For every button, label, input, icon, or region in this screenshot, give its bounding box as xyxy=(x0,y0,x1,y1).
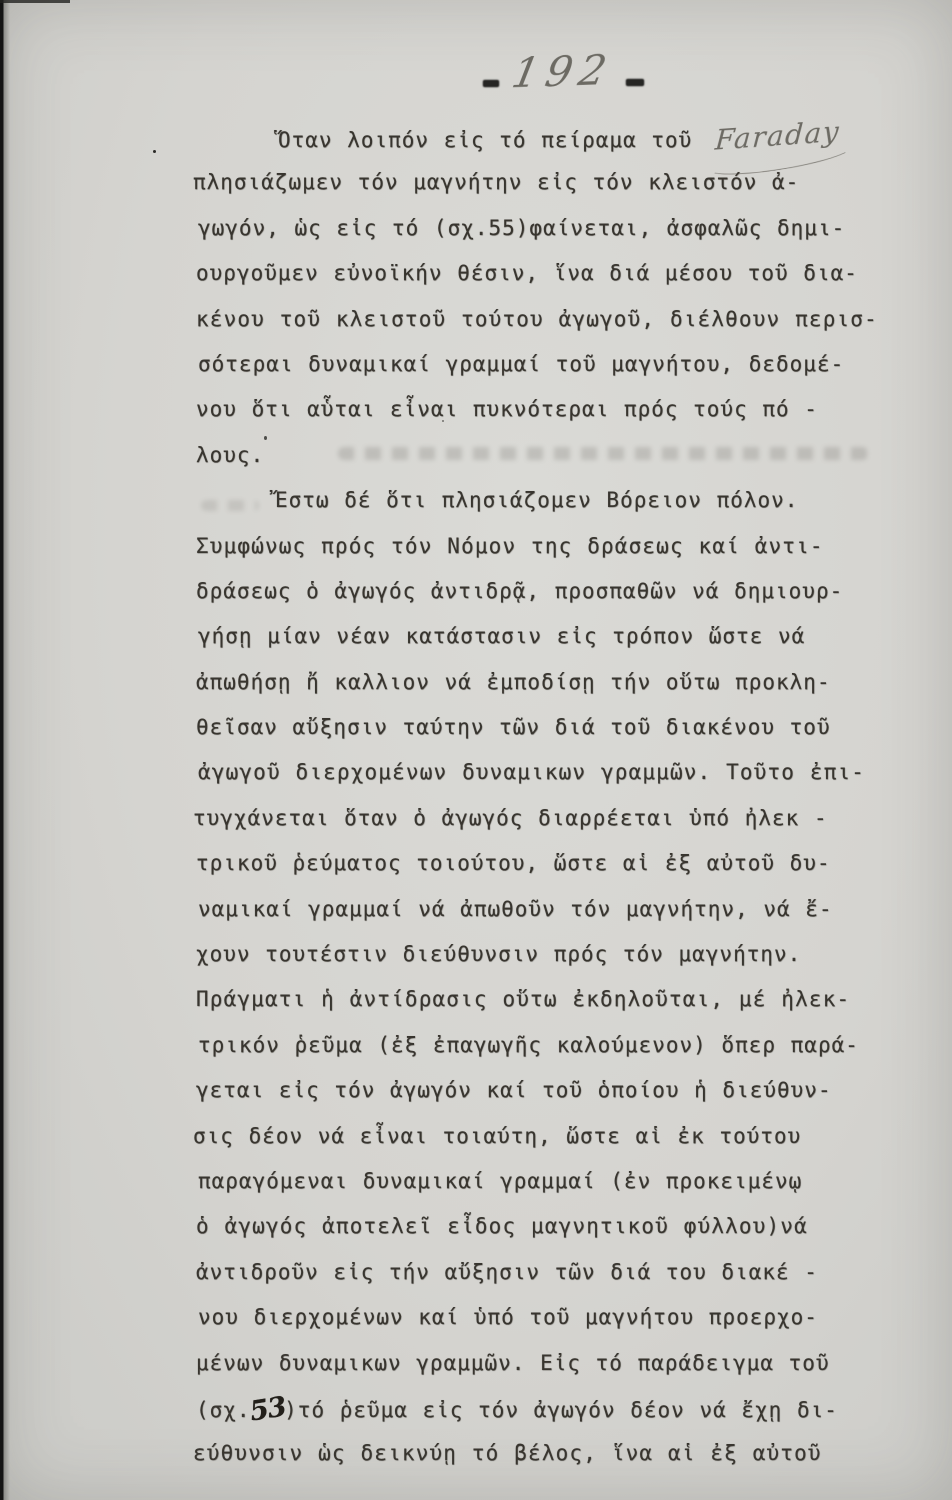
typed-text: σις δέον νά εἶναι τοιαύτη, ὥστε αἱ ἐκ το… xyxy=(193,1124,801,1148)
text-line: σις δέον νά εἶναι τοιαύτη, ὥστε αἱ ἐκ το… xyxy=(193,1114,869,1159)
typed-text: (σχ. xyxy=(196,1398,251,1422)
text-line: Ἔστω δέ ὅτι πλησιάζομεν Βόρειον πόλον. xyxy=(193,478,869,523)
typed-text: Συμφώνως πρός τόν Νόμον της δράσεως καί … xyxy=(196,534,824,558)
typed-text: γεται εἰς τόν ἀγωγόν καί τοῦ ὁποίου ἡ δι… xyxy=(196,1078,832,1102)
typed-text: ὁ ἀγωγός ἀποτελεῖ εἶδος μαγνητικοῦ φύλλο… xyxy=(196,1214,808,1238)
typed-text: νου ὅτι αὗται εἶναι πυκνότεραι πρός τούς… xyxy=(196,397,818,421)
typed-text: Ὅταν λοιπόν εἰς τό πείραμα τοῦ xyxy=(278,128,707,152)
typed-text: Ἔστω δέ ὅτι πλησιάζομεν Βόρειον πόλον. xyxy=(275,488,798,512)
text-line: γωγόν, ὡς εἰς τό (σχ.55)φαίνεται, ἀσφαλῶ… xyxy=(198,206,874,251)
typed-text: εύθυνσιν ὡς δεικνύῃ τό βέλος, ἵνα αἱ ἐξ … xyxy=(193,1441,822,1465)
typed-text: θεῖσαν αὔξησιν ταύτην τῶν διά τοῦ διακέν… xyxy=(196,715,831,739)
typed-text: γήσῃ μίαν νέαν κατάστασιν εἰς τρόπον ὥστ… xyxy=(198,624,805,648)
text-line: σότεραι δυναμικαί γραμμαί τοῦ μαγνήτου, … xyxy=(198,342,874,387)
typed-text: ναμικαί γραμμαί νά ἀπωθοῦν τόν μαγνήτην,… xyxy=(198,897,833,921)
text-line: δράσεως ὁ ἀγωγός ἀντιδρᾷ, προσπαθῶν νά δ… xyxy=(196,569,872,614)
typed-text: νου διερχομένων καί ὑπό τοῦ μαγνήτου προ… xyxy=(198,1305,818,1329)
text-line: γήσῃ μίαν νέαν κατάστασιν εἰς τρόπον ὥστ… xyxy=(198,614,874,659)
typed-text: Πράγματι ἡ ἀντίδρασις οὕτω ἐκδηλοῦται, μ… xyxy=(196,987,850,1011)
typed-text: πλησιάζωμεν τόν μαγνήτην εἰς τόν κλειστό… xyxy=(193,170,799,194)
text-line: (σχ.53)τό ῥεῦμα εἰς τόν ἀγωγόν δέον νά ἔ… xyxy=(196,1386,872,1431)
text-line: λους. xyxy=(196,433,872,478)
text-line: μένων δυναμικων γραμμῶν. Εἰς τό παράδειγ… xyxy=(196,1341,872,1386)
text-line: θεῖσαν αὔξησιν ταύτην τῶν διά τοῦ διακέν… xyxy=(196,705,872,750)
handwritten-annotation: 53 xyxy=(246,1384,288,1434)
typed-text: λους. xyxy=(196,443,264,467)
typed-text: μένων δυναμικων γραμμῶν. Εἰς τό παράδειγ… xyxy=(196,1351,830,1375)
ink-speck xyxy=(153,150,156,153)
text-line: Συμφώνως πρός τόν Νόμον της δράσεως καί … xyxy=(196,524,872,569)
typed-text: ἀπωθήσῃ ἤ καλλιον νά ἐμποδίσῃ τήν οὕτω π… xyxy=(196,670,831,694)
text-line: τρικοῦ ῥεύματος τοιούτου, ὥστε αἱ ἐξ αὐτ… xyxy=(196,841,872,886)
page-header: 192 xyxy=(483,44,644,96)
typed-text: παραγόμεναι δυναμικαί γραμμαί (ἐν προκει… xyxy=(198,1169,802,1193)
typed-text: ουργοῦμεν εὐνοϊκήν θέσιν, ἵνα διά μέσου … xyxy=(196,261,858,285)
text-line: Πράγματι ἡ ἀντίδρασις οὕτω ἐκδηλοῦται, μ… xyxy=(196,977,872,1022)
typed-text: τρικοῦ ῥεύματος τοιούτου, ὥστε αἱ ἐξ αὐτ… xyxy=(196,851,831,875)
typed-text: ἀγωγοῦ διερχομένων δυναμικων γραμμῶν. Το… xyxy=(198,760,865,784)
text-line: Ὅταν λοιπόν εἰς τό πείραμα τοῦ Faraday xyxy=(196,115,872,160)
typed-text: σότεραι δυναμικαί γραμμαί τοῦ μαγνήτου, … xyxy=(198,352,844,376)
text-line: ουργοῦμεν εὐνοϊκήν θέσιν, ἵνα διά μέσου … xyxy=(196,251,872,296)
typed-text: τρικόν ῥεῦμα (ἐξ ἐπαγωγῆς καλούμενον) ὅπ… xyxy=(198,1033,859,1057)
scanned-page: 192 Ὅταν λοιπόν εἰς τό πείραμα τοῦ Farad… xyxy=(0,0,952,1500)
handwritten-annotation: Faraday xyxy=(713,108,841,162)
typed-text: δράσεως ὁ ἀγωγός ἀντιδρᾷ, προσπαθῶν νά δ… xyxy=(196,579,843,603)
text-line: εύθυνσιν ὡς δεικνύῃ τό βέλος, ἵνα αἱ ἐξ … xyxy=(193,1431,869,1476)
text-line: γεται εἰς τόν ἀγωγόν καί τοῦ ὁποίου ἡ δι… xyxy=(196,1068,872,1113)
text-line: τυγχάνεται ὅταν ὁ ἀγωγός διαρρέεται ὑπό … xyxy=(193,796,869,841)
text-line: χουν τουτέστιν διεύθυνσιν πρός τόν μαγνή… xyxy=(196,932,872,977)
text-line: κένου τοῦ κλειστοῦ τούτου ἀγωγοῦ, διέλθο… xyxy=(196,297,872,342)
scan-edge-shadow xyxy=(0,0,10,1500)
typed-text: )τό ῥεῦμα εἰς τόν ἀγωγόν δέον νά ἔχῃ δι- xyxy=(284,1398,838,1422)
typed-text: ἀντιδροῦν εἰς τήν αὔξησιν τῶν διά του δι… xyxy=(196,1260,818,1284)
text-line: ἀντιδροῦν εἰς τήν αὔξησιν τῶν διά του δι… xyxy=(196,1250,872,1295)
text-line: νου διερχομένων καί ὑπό τοῦ μαγνήτου προ… xyxy=(198,1295,874,1340)
text-line: νου ὅτι αὗται εἶναι πυκνότεραι πρός τούς… xyxy=(196,387,872,432)
typed-text: γωγόν, ὡς εἰς τό (σχ.55)φαίνεται, ἀσφαλῶ… xyxy=(198,216,845,240)
text-line: τρικόν ῥεῦμα (ἐξ ἐπαγωγῆς καλούμενον) ὅπ… xyxy=(198,1023,874,1068)
header-dash-right xyxy=(626,79,644,86)
header-dash-left xyxy=(483,80,499,87)
text-line: ναμικαί γραμμαί νά ἀπωθοῦν τόν μαγνήτην,… xyxy=(198,887,874,932)
typewritten-text-block: Ὅταν λοιπόν εἰς τό πείραμα τοῦ Faradayπλ… xyxy=(196,115,872,1477)
text-line: πλησιάζωμεν τόν μαγνήτην εἰς τόν κλειστό… xyxy=(193,160,869,205)
typed-text: κένου τοῦ κλειστοῦ τούτου ἀγωγοῦ, διέλθο… xyxy=(196,307,878,331)
text-line: ἀπωθήσῃ ἤ καλλιον νά ἐμποδίσῃ τήν οὕτω π… xyxy=(196,660,872,705)
page-number: 192 xyxy=(508,46,617,97)
typed-text: τυγχάνεται ὅταν ὁ ἀγωγός διαρρέεται ὑπό … xyxy=(193,806,828,830)
typed-text: χουν τουτέστιν διεύθυνσιν πρός τόν μαγνή… xyxy=(196,942,801,966)
text-line: παραγόμεναι δυναμικαί γραμμαί (ἐν προκει… xyxy=(198,1159,874,1204)
text-line: ἀγωγοῦ διερχομένων δυναμικων γραμμῶν. Το… xyxy=(198,750,874,795)
scan-edge-top xyxy=(0,0,70,3)
text-line: ὁ ἀγωγός ἀποτελεῖ εἶδος μαγνητικοῦ φύλλο… xyxy=(196,1204,872,1249)
